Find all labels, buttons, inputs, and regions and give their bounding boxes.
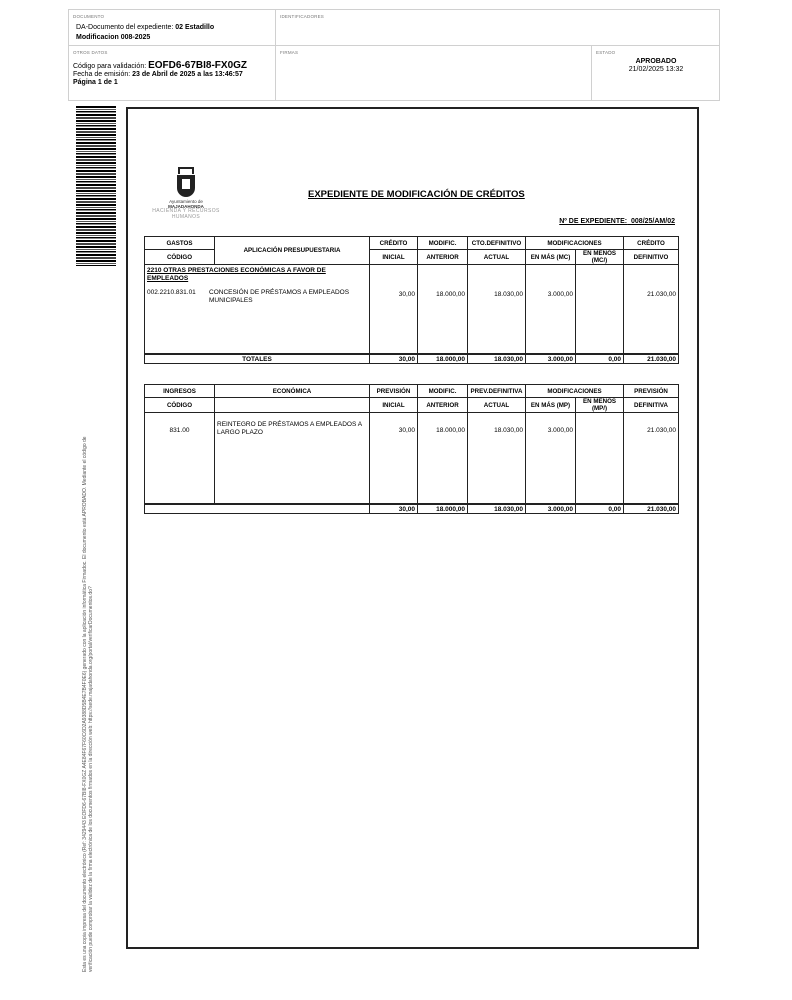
pagina: Página 1 de 1: [73, 79, 247, 87]
codigo-validacion: Código para validación: EOFD6-67BI8-FX0G…: [73, 62, 247, 71]
gastos-table: GASTOS APLICACIÓN PRESUPUESTARIA CRÉDITO…: [144, 236, 679, 364]
codigo-value[interactable]: EOFD6-67BI8-FX0GZ: [148, 60, 247, 71]
fecha-emision: Fecha de emisión: 23 de Abril de 2025 a …: [73, 71, 247, 79]
verification-side-text: Esta es una copia impresa del documento …: [82, 292, 94, 972]
majadahonda-logo: Ayuntamiento de MAJADAHONDA HACIENDA Y R…: [146, 167, 226, 229]
estado-cell: ESTADO APROBADO 21/02/2025 13:32: [592, 46, 720, 101]
table-row: 831.00 REINTEGRO DE PRÉSTAMOS A EMPLEADO…: [145, 413, 679, 505]
ingresos-table: INGRESOS ECONÓMICA PREVISIÓN MODIFIC. PR…: [144, 384, 679, 514]
table-row: 2210 OTRAS PRESTACIONES ECONÓMICAS A FAV…: [145, 265, 679, 355]
documento-cell: DOCUMENTO DA-Documento del expediente: 0…: [69, 10, 276, 46]
documento-label: DOCUMENTO: [73, 14, 104, 19]
otros-datos-label: OTROS DATOS: [73, 50, 108, 55]
expediente-number: Nº DE EXPEDIENTE: 008/25/AM/02: [559, 218, 675, 225]
row-descripcion: REINTEGRO DE PRÉSTAMOS A EMPLEADOS A LAR…: [215, 413, 370, 505]
document-page: Ayuntamiento de MAJADAHONDA HACIENDA Y R…: [126, 107, 699, 949]
identificadores-cell: IDENTIFICADORES: [276, 10, 720, 46]
identificadores-label: IDENTIFICADORES: [280, 14, 324, 19]
row-descripcion: CONCESIÓN DE PRÉSTAMOS A EMPLEADOS MUNIC…: [209, 289, 359, 304]
firmas-cell: FIRMAS: [276, 46, 592, 101]
estado-label: ESTADO: [596, 50, 615, 55]
page-title: EXPEDIENTE DE MODIFICACIÓN DE CRÉDITOS: [308, 189, 525, 200]
firmas-label: FIRMAS: [280, 50, 298, 55]
documento-text: DA-Documento del expediente: 02 Estadill…: [76, 23, 214, 42]
coat-of-arms-icon: [175, 167, 197, 199]
row-codigo: 831.00: [145, 413, 215, 505]
barcode: [76, 106, 116, 266]
row-codigo: 002.2210.831.01: [147, 289, 209, 304]
group-title: 2210 OTRAS PRESTACIONES ECONÓMICAS A FAV…: [147, 267, 367, 283]
totales-row: 30,00 18.000,00 18.030,00 3.000,00 0,00 …: [145, 504, 679, 514]
totales-row: TOTALES 30,00 18.000,00 18.030,00 3.000,…: [145, 354, 679, 364]
estado-fecha: 21/02/2025 13:32: [629, 66, 684, 73]
document-header: DOCUMENTO DA-Documento del expediente: 0…: [68, 9, 720, 101]
status-badge: APROBADO: [636, 58, 677, 65]
otros-datos-cell: OTROS DATOS Código para validación: EOFD…: [69, 46, 276, 101]
